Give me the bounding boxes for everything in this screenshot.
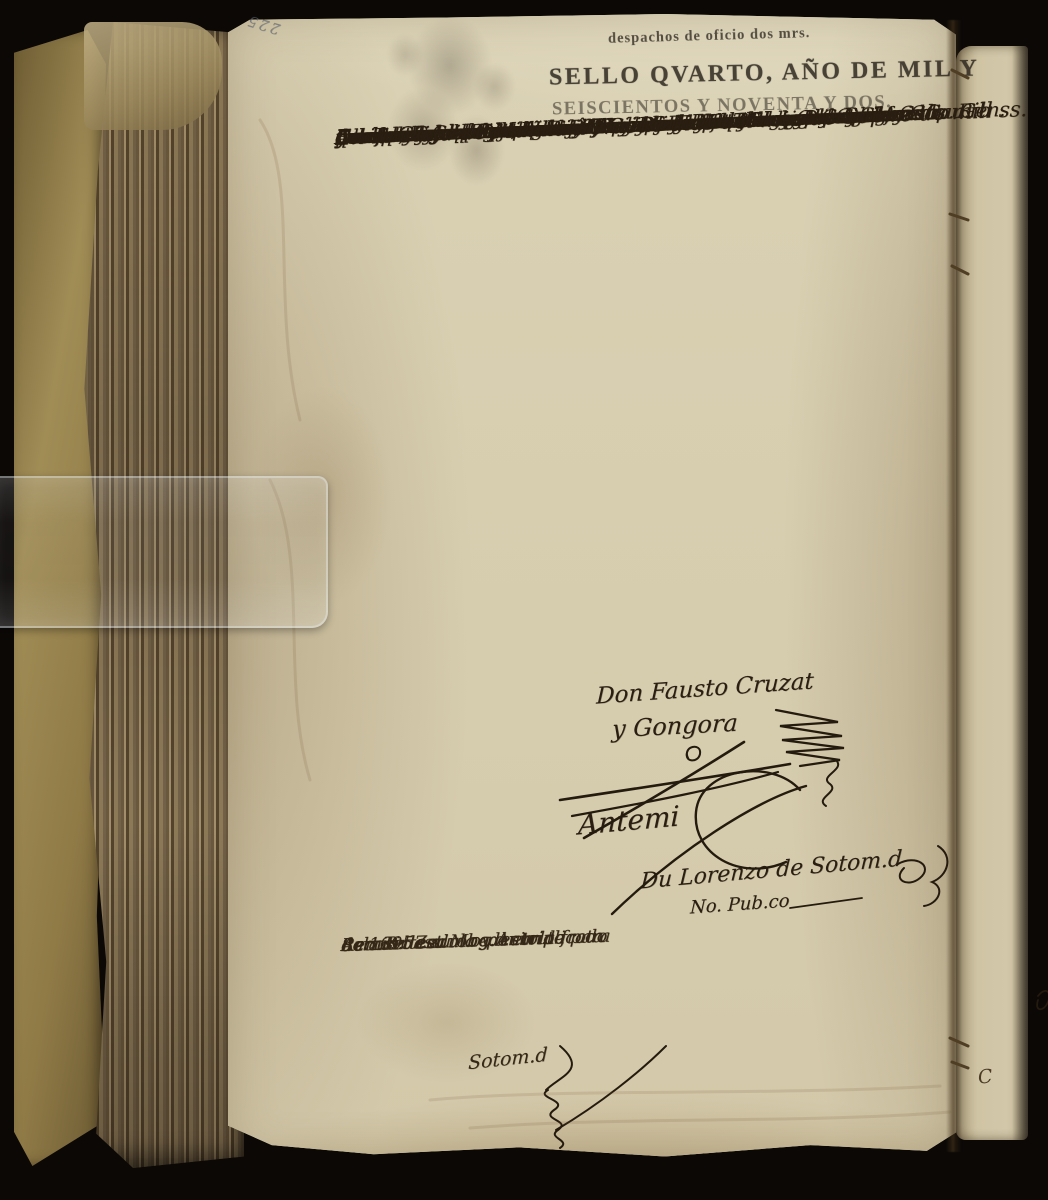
acrylic-strip xyxy=(0,476,328,628)
manuscript-page xyxy=(228,14,956,1160)
marginal-note-line: de 1695 xyxy=(341,933,414,964)
binding-gutter xyxy=(946,20,962,1152)
curled-page-corner xyxy=(84,22,222,130)
background-shadow xyxy=(1012,0,1048,1200)
faded-seal-stamp xyxy=(352,2,530,214)
manuscript-photo: 225 despachos de oficio dos mrs. SELLO Q… xyxy=(0,0,1048,1200)
facing-page-folio-letter: C xyxy=(977,1065,994,1088)
